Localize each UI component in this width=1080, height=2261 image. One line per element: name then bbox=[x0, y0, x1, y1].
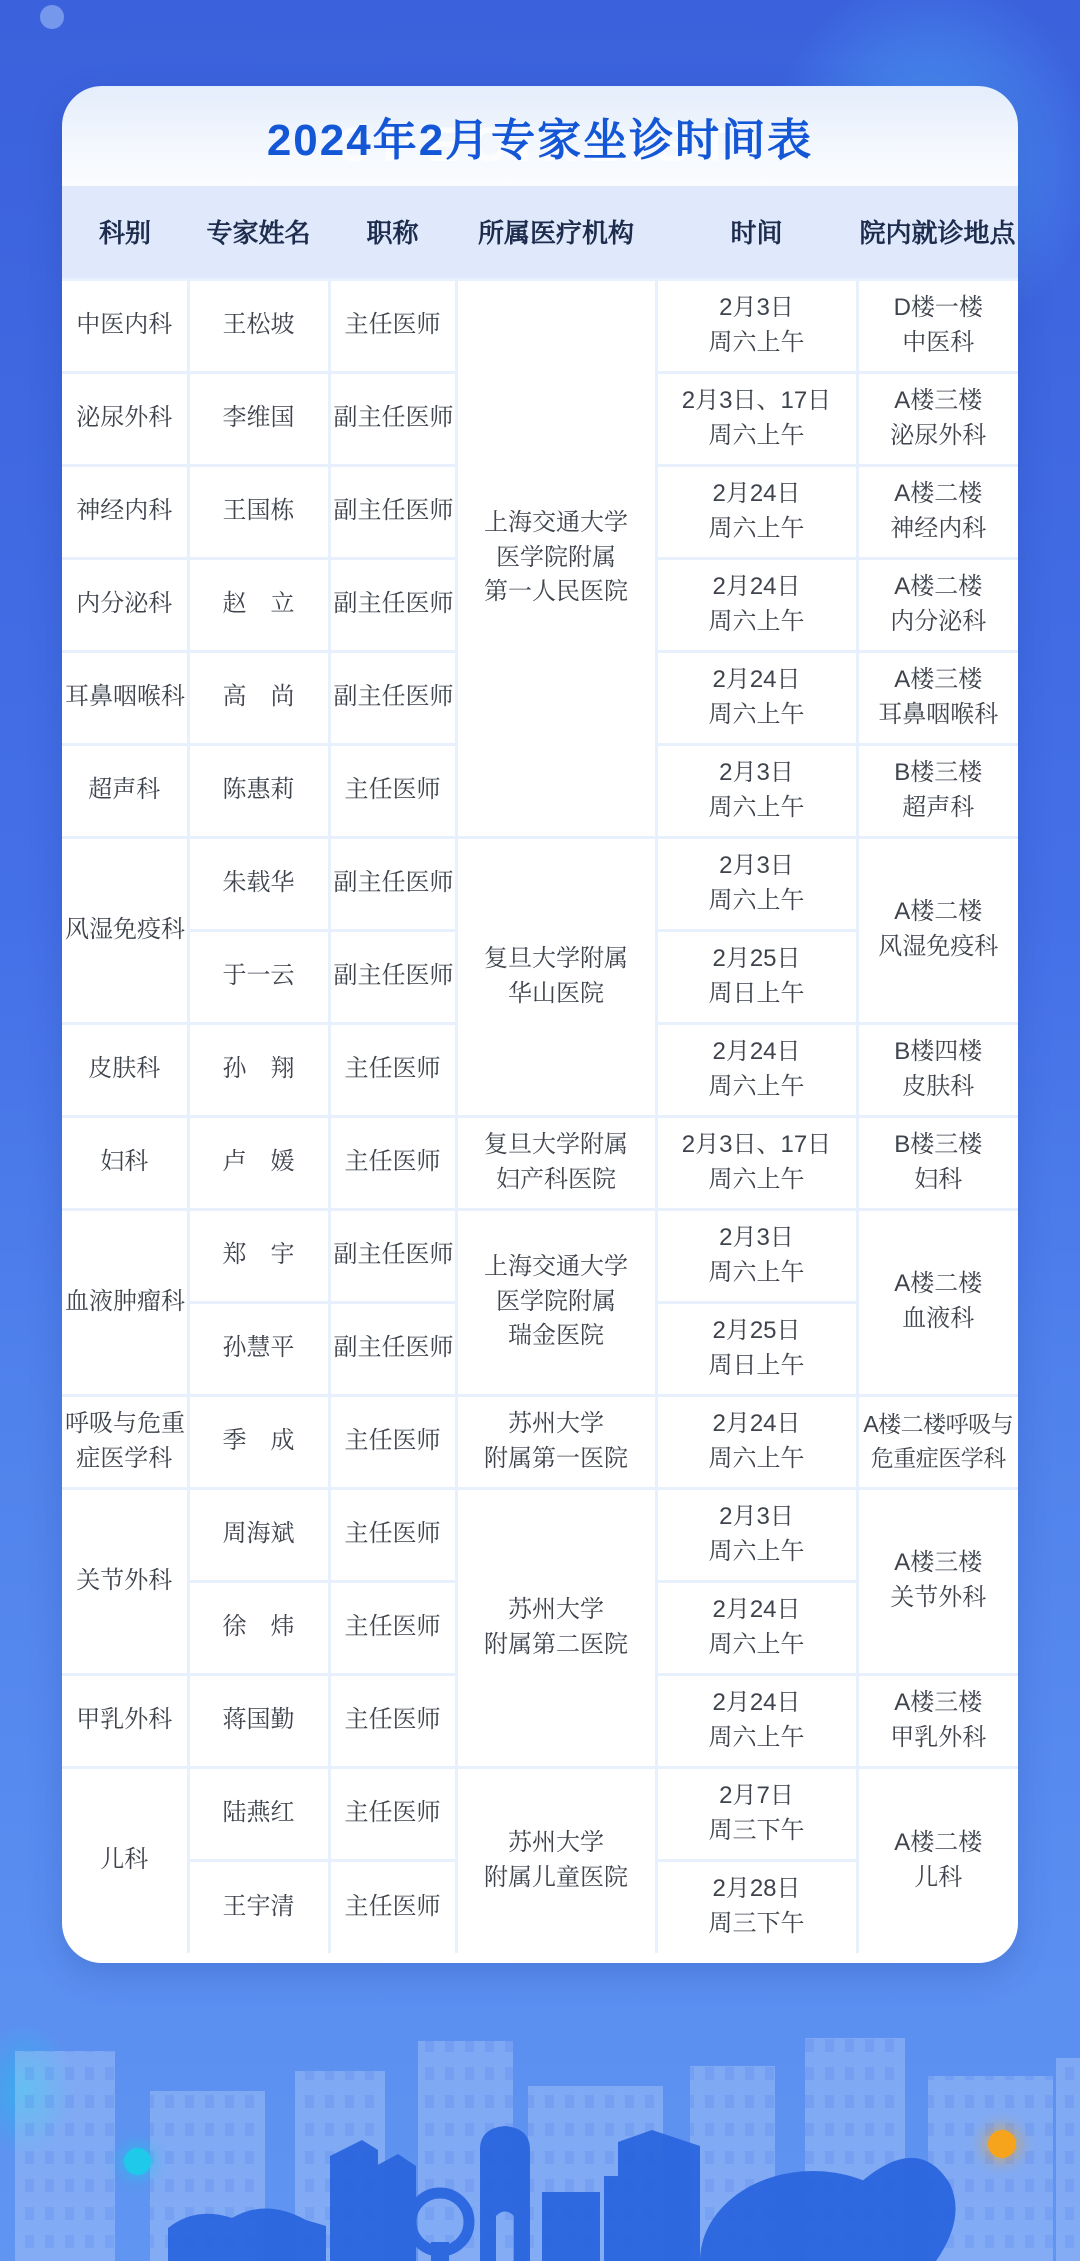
decor-dot-top-left bbox=[40, 5, 64, 29]
cell-title: 副主任医师 bbox=[329, 1209, 456, 1302]
cell-time: 2月28日 周三下午 bbox=[656, 1860, 857, 1953]
header-time: 时间 bbox=[656, 186, 857, 279]
cell-location: D楼一楼 中医科 bbox=[857, 279, 1018, 372]
header-dept: 科别 bbox=[62, 186, 188, 279]
cell-time: 2月25日 周日上午 bbox=[656, 930, 857, 1023]
cell-time: 2月3日、17日 周六上午 bbox=[656, 1116, 857, 1209]
cell-name: 陆燕红 bbox=[188, 1767, 329, 1860]
cell-dept: 风湿免疫科 bbox=[62, 837, 188, 1023]
cell-dept: 关节外科 bbox=[62, 1488, 188, 1674]
cell-time: 2月3日、17日 周六上午 bbox=[656, 372, 857, 465]
cell-time: 2月24日 周六上午 bbox=[656, 1674, 857, 1767]
cell-location: A楼二楼 神经内科 bbox=[857, 465, 1018, 558]
cell-name: 王松坡 bbox=[188, 279, 329, 372]
cell-title: 主任医师 bbox=[329, 1767, 456, 1860]
header-hospital: 所属医疗机构 bbox=[456, 186, 656, 279]
cell-title: 主任医师 bbox=[329, 744, 456, 837]
cell-location: A楼二楼 血液科 bbox=[857, 1209, 1018, 1395]
cell-dept: 甲乳外科 bbox=[62, 1674, 188, 1767]
cell-name: 周海斌 bbox=[188, 1488, 329, 1581]
cell-dept: 血液肿瘤科 bbox=[62, 1209, 188, 1395]
cell-hospital: 上海交通大学 医学院附属 瑞金医院 bbox=[456, 1209, 656, 1395]
cell-location: A楼二楼呼吸与 危重症医学科 bbox=[857, 1395, 1018, 1488]
cell-title: 副主任医师 bbox=[329, 651, 456, 744]
cell-time: 2月24日 周六上午 bbox=[656, 1581, 857, 1674]
cell-location: B楼三楼 妇科 bbox=[857, 1116, 1018, 1209]
cell-dept: 超声科 bbox=[62, 744, 188, 837]
decor-dot-cyan bbox=[124, 2148, 151, 2175]
cell-time: 2月7日 周三下午 bbox=[656, 1767, 857, 1860]
table-row: 风湿免疫科 朱载华 副主任医师 复旦大学附属 华山医院 2月3日 周六上午 A楼… bbox=[62, 837, 1018, 930]
cell-title: 主任医师 bbox=[329, 1395, 456, 1488]
table-row: 妇科 卢 媛 主任医师 复旦大学附属 妇产科医院 2月3日、17日 周六上午 B… bbox=[62, 1116, 1018, 1209]
cell-dept: 皮肤科 bbox=[62, 1023, 188, 1116]
cell-name: 赵 立 bbox=[188, 558, 329, 651]
cell-name: 高 尚 bbox=[188, 651, 329, 744]
cell-dept: 内分泌科 bbox=[62, 558, 188, 651]
cell-time: 2月3日 周六上午 bbox=[656, 744, 857, 837]
page-title: 2024年2月专家坐诊时间表 bbox=[267, 104, 813, 168]
cell-dept: 呼吸与危重 症医学科 bbox=[62, 1395, 188, 1488]
header-row: 科别 专家姓名 职称 所属医疗机构 时间 院内就诊地点 bbox=[62, 186, 1018, 279]
table-row: 关节外科 周海斌 主任医师 苏州大学 附属第二医院 2月3日 周六上午 A楼三楼… bbox=[62, 1488, 1018, 1581]
cell-name: 王国栋 bbox=[188, 465, 329, 558]
cell-title: 主任医师 bbox=[329, 1581, 456, 1674]
cell-title: 主任医师 bbox=[329, 1674, 456, 1767]
city-skyline bbox=[0, 1976, 1080, 2261]
cell-title: 主任医师 bbox=[329, 1860, 456, 1953]
cell-title: 主任医师 bbox=[329, 1488, 456, 1581]
header-title: 职称 bbox=[329, 186, 456, 279]
decor-dot-orange bbox=[988, 2130, 1016, 2158]
cell-hospital: 苏州大学 附属儿童医院 bbox=[456, 1767, 656, 1953]
cell-title: 主任医师 bbox=[329, 1116, 456, 1209]
cell-name: 郑 宇 bbox=[188, 1209, 329, 1302]
table-row: 呼吸与危重 症医学科 季 成 主任医师 苏州大学 附属第一医院 2月24日 周六… bbox=[62, 1395, 1018, 1488]
schedule-table: 科别 专家姓名 职称 所属医疗机构 时间 院内就诊地点 中医内科 王松坡 主任医… bbox=[62, 186, 1018, 1953]
cell-name: 李维国 bbox=[188, 372, 329, 465]
cell-location: B楼四楼 皮肤科 bbox=[857, 1023, 1018, 1116]
cell-dept: 耳鼻咽喉科 bbox=[62, 651, 188, 744]
cell-hospital: 上海交通大学 医学院附属 第一人民医院 bbox=[456, 279, 656, 837]
cell-title: 副主任医师 bbox=[329, 837, 456, 930]
cell-name: 蒋国勤 bbox=[188, 1674, 329, 1767]
cell-name: 王宇清 bbox=[188, 1860, 329, 1953]
cell-time: 2月24日 周六上午 bbox=[656, 651, 857, 744]
cell-dept: 中医内科 bbox=[62, 279, 188, 372]
cell-time: 2月3日 周六上午 bbox=[656, 279, 857, 372]
poster-page: { "page": { "title": "2024年2月专家坐诊时间表", "… bbox=[0, 0, 1080, 2261]
cell-dept: 妇科 bbox=[62, 1116, 188, 1209]
cell-hospital: 苏州大学 附属第一医院 bbox=[456, 1395, 656, 1488]
cell-location: A楼三楼 耳鼻咽喉科 bbox=[857, 651, 1018, 744]
cell-location: A楼三楼 甲乳外科 bbox=[857, 1674, 1018, 1767]
cell-name: 孙 翔 bbox=[188, 1023, 329, 1116]
cell-title: 副主任医师 bbox=[329, 558, 456, 651]
cell-dept: 儿科 bbox=[62, 1767, 188, 1953]
cell-time: 2月3日 周六上午 bbox=[656, 1488, 857, 1581]
cell-name: 卢 媛 bbox=[188, 1116, 329, 1209]
cell-location: A楼三楼 泌尿外科 bbox=[857, 372, 1018, 465]
cell-title: 副主任医师 bbox=[329, 465, 456, 558]
cell-title: 副主任医师 bbox=[329, 1302, 456, 1395]
cell-location: A楼二楼 内分泌科 bbox=[857, 558, 1018, 651]
cell-location: A楼二楼 儿科 bbox=[857, 1767, 1018, 1953]
cell-name: 于一云 bbox=[188, 930, 329, 1023]
cell-dept: 神经内科 bbox=[62, 465, 188, 558]
table-header: 科别 专家姓名 职称 所属医疗机构 时间 院内就诊地点 bbox=[62, 186, 1018, 279]
cell-name: 徐 炜 bbox=[188, 1581, 329, 1674]
table-row: 血液肿瘤科 郑 宇 副主任医师 上海交通大学 医学院附属 瑞金医院 2月3日 周… bbox=[62, 1209, 1018, 1302]
cell-title: 主任医师 bbox=[329, 279, 456, 372]
cell-location: A楼二楼 风湿免疫科 bbox=[857, 837, 1018, 1023]
table-row: 儿科 陆燕红 主任医师 苏州大学 附属儿童医院 2月7日 周三下午 A楼二楼 儿… bbox=[62, 1767, 1018, 1860]
cell-title: 主任医师 bbox=[329, 1023, 456, 1116]
cell-time: 2月25日 周日上午 bbox=[656, 1302, 857, 1395]
cell-time: 2月24日 周六上午 bbox=[656, 558, 857, 651]
cell-hospital: 复旦大学附属 妇产科医院 bbox=[456, 1116, 656, 1209]
cell-time: 2月3日 周六上午 bbox=[656, 1209, 857, 1302]
table-row: 中医内科 王松坡 主任医师 上海交通大学 医学院附属 第一人民医院 2月3日 周… bbox=[62, 279, 1018, 372]
schedule-card: SPECIALIST 2024年2月专家坐诊时间表 科别 专家姓名 职称 所属医… bbox=[62, 86, 1018, 1963]
cell-title: 副主任医师 bbox=[329, 372, 456, 465]
cell-location: B楼三楼 超声科 bbox=[857, 744, 1018, 837]
cell-name: 孙慧平 bbox=[188, 1302, 329, 1395]
cell-time: 2月3日 周六上午 bbox=[656, 837, 857, 930]
cell-name: 季 成 bbox=[188, 1395, 329, 1488]
cell-time: 2月24日 周六上午 bbox=[656, 465, 857, 558]
cell-time: 2月24日 周六上午 bbox=[656, 1395, 857, 1488]
cell-name: 陈惠莉 bbox=[188, 744, 329, 837]
header-location: 院内就诊地点 bbox=[857, 186, 1018, 279]
cell-title: 副主任医师 bbox=[329, 930, 456, 1023]
cell-name: 朱载华 bbox=[188, 837, 329, 930]
cell-hospital: 苏州大学 附属第二医院 bbox=[456, 1488, 656, 1767]
cell-hospital: 复旦大学附属 华山医院 bbox=[456, 837, 656, 1116]
cell-time: 2月24日 周六上午 bbox=[656, 1023, 857, 1116]
header-name: 专家姓名 bbox=[188, 186, 329, 279]
cell-dept: 泌尿外科 bbox=[62, 372, 188, 465]
cell-location: A楼三楼 关节外科 bbox=[857, 1488, 1018, 1674]
title-band: SPECIALIST 2024年2月专家坐诊时间表 bbox=[62, 86, 1018, 186]
